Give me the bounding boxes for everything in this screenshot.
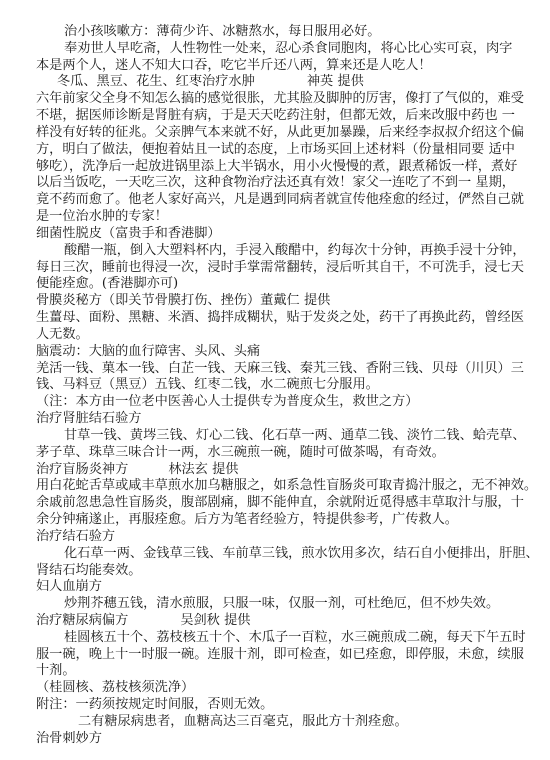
paragraph-line: 方，明白了做法，便抱着姑且一试的态度，上市场买回上述材料（份量相同要 适中 — [36, 142, 496, 159]
paragraph-line: 够吃），洗净后一起放进锅里添上大半锅水，用小火慢慢的煮，跟煮稀饭一样，煮好 — [36, 159, 496, 176]
section-title: 治疗盲肠炎神方 — [36, 462, 128, 477]
section-title: 治疗肾脏结石验方 — [36, 411, 496, 428]
paragraph-line: 便能痊愈。(香港脚亦可) — [36, 276, 496, 293]
paragraph-line: 生薑母、面粉、黑糖、米酒、捣拌成糊状，贴于发炎之处，药干了再换此药，曾经医 — [36, 310, 496, 327]
paragraph-line: 不堪，据医师诊断是肾脏有病，于是天天吃药注射，但都无效，后来改服中药也 一 — [36, 108, 496, 125]
section-title: 治疗结石验方 — [36, 529, 496, 546]
section-title: 治骨刺妙方 — [36, 731, 496, 748]
section-title: 骨膜炎秘方（即关节骨膜打伤、挫伤）董戴仁 提供 — [36, 293, 496, 310]
paragraph-line: 钱、马料豆（黑豆）五钱、红枣二钱，水二碗煎七分服用。 — [36, 377, 496, 394]
section-title: 妇人血崩方 — [36, 579, 496, 596]
section-provider: 林法玄 提供 — [168, 462, 238, 477]
paragraph-line: 六年前家父全身不知怎么搞的感觉很胀，尤其脸及脚肿的厉害，像打了气似的，难受 — [36, 91, 496, 108]
paragraph-line: 以后当饭吃，一天吃三次，这种食物治疗法还真有效！家父一连吃了不到一 星期， — [36, 175, 496, 192]
paragraph-line: 化石草一两、金钱草三钱、车前草三钱，煎水饮用多次，结石自小便排出，肝胆、 — [36, 546, 496, 563]
paragraph-line: 炒荆芥穗五钱，清水煎服，只服一味，仅服一剂，可杜绝厄，但不炒失效。 — [36, 596, 496, 613]
section-title: 脑震动：大脑的血行障害、头风、头痛 — [36, 344, 496, 361]
paragraph-line: 每日三次，睡前也得浸一次，浸时手掌需常翻转，浸后听其自干，不可洗手，浸七天 — [36, 260, 496, 277]
paragraph-line: 人无数。 — [36, 327, 496, 344]
section-title: 冬瓜、黑豆、花生、红枣治疗水肿 — [57, 74, 255, 89]
paragraph-line: 奉劝世人早吃斋，人性物性一处来，忍心杀食同胞肉，将心比心实可哀，肉字 — [36, 41, 496, 58]
section-provider: 吴剑秋 提供 — [180, 613, 250, 628]
section-title: 治疗糖尿病偏方 — [36, 613, 128, 628]
paragraph-line: 余分钟痛遂止，再服痊愈。后方为笔者经验方，特提供参考，广传救人。 — [36, 512, 496, 529]
paragraph-line: 竟不药而愈了。他老人家好高兴，凡是遇到同病者就宣传他痊愈的经过，俨然自己就 — [36, 192, 496, 209]
paragraph-line: 是一位治水肿的专家！ — [36, 209, 496, 226]
paragraph-line: 茅子草、珠草三味合计一两，水三碗煎一碗，随时可做茶喝，有奇效。 — [36, 445, 496, 462]
paragraph-line: 桂圆核五十个、荔枝核五十个、木瓜子一百粒，水三碗煎成二碗，每天下午五时 — [36, 630, 496, 647]
paragraph-line: 服一碗，晚上十一时服一碗。连服十剂，即可检查，如已痊愈，即停服，未愈，续服 — [36, 647, 496, 664]
paragraph-line: 十剂。 — [36, 663, 496, 680]
remedy-child-cough: 治小孩咳嗽方：薄荷少许、冰糖熬水，每日服用必好。 — [36, 24, 496, 41]
document-page: 治小孩咳嗽方：薄荷少许、冰糖熬水，每日服用必好。 奉劝世人早吃斋，人性物性一处来… — [36, 24, 496, 748]
paragraph-line: 样没有好转的征兆。父亲脾气本来就不好，从此更加暴躁，后来经李叔叔介绍这个偏 — [36, 125, 496, 142]
section-provider: 神英 提供 — [307, 74, 364, 89]
paragraph-line: 甘草一钱、黄埁三钱、灯心二钱、化石草一两、通草二钱、淡竹二钱、蛤壳草、 — [36, 428, 496, 445]
section-heading-edema: 冬瓜、黑豆、花生、红枣治疗水肿神英 提供 — [36, 74, 496, 91]
paragraph-line: 酸醋一瓶，倒入大塑料杯内，手浸入酸醋中，约每次十分钟，再换手浸十分钟， — [36, 243, 496, 260]
note-line: 二有糖尿病患者，血糖高达三百毫克，服此方十剂痊愈。 — [36, 714, 496, 731]
note-line: （注：本方由一位老中医善心人士提供专为普度众生，救世之方） — [36, 394, 496, 411]
note-line: （桂圆核、荔枝核须洗净） — [36, 680, 496, 697]
paragraph-line: 本是两个人，迷人不知大口吞，吃它半斤还八两，算来还是人吃人！ — [36, 58, 496, 75]
paragraph-line: 余戚前忽患急性盲肠炎，腹部剧痛，脚不能伸直，余就附近觅得感丰草取汁与服，十 — [36, 495, 496, 512]
section-title: 细菌性脱皮（富贵手和香港脚） — [36, 226, 496, 243]
section-heading-diabetes: 治疗糖尿病偏方吴剑秋 提供 — [36, 613, 496, 630]
paragraph-line: 肾结石均能奏效。 — [36, 563, 496, 580]
section-heading-appendicitis: 治疗盲肠炎神方林法玄 提供 — [36, 462, 496, 479]
paragraph-line: 用白花蛇舌草或咸丰草煎水加乌糖服之，如系急性盲肠炎可取青捣汁服之，无不神效。 — [36, 478, 496, 495]
paragraph-line: 羌活一钱、菓本一钱、白芷一钱、天麻三钱、秦艽三钱、香附三钱、贝母（川贝）三 — [36, 361, 496, 378]
note-line: 附注：一药须按规定时间服，否则无效。 — [36, 697, 496, 714]
